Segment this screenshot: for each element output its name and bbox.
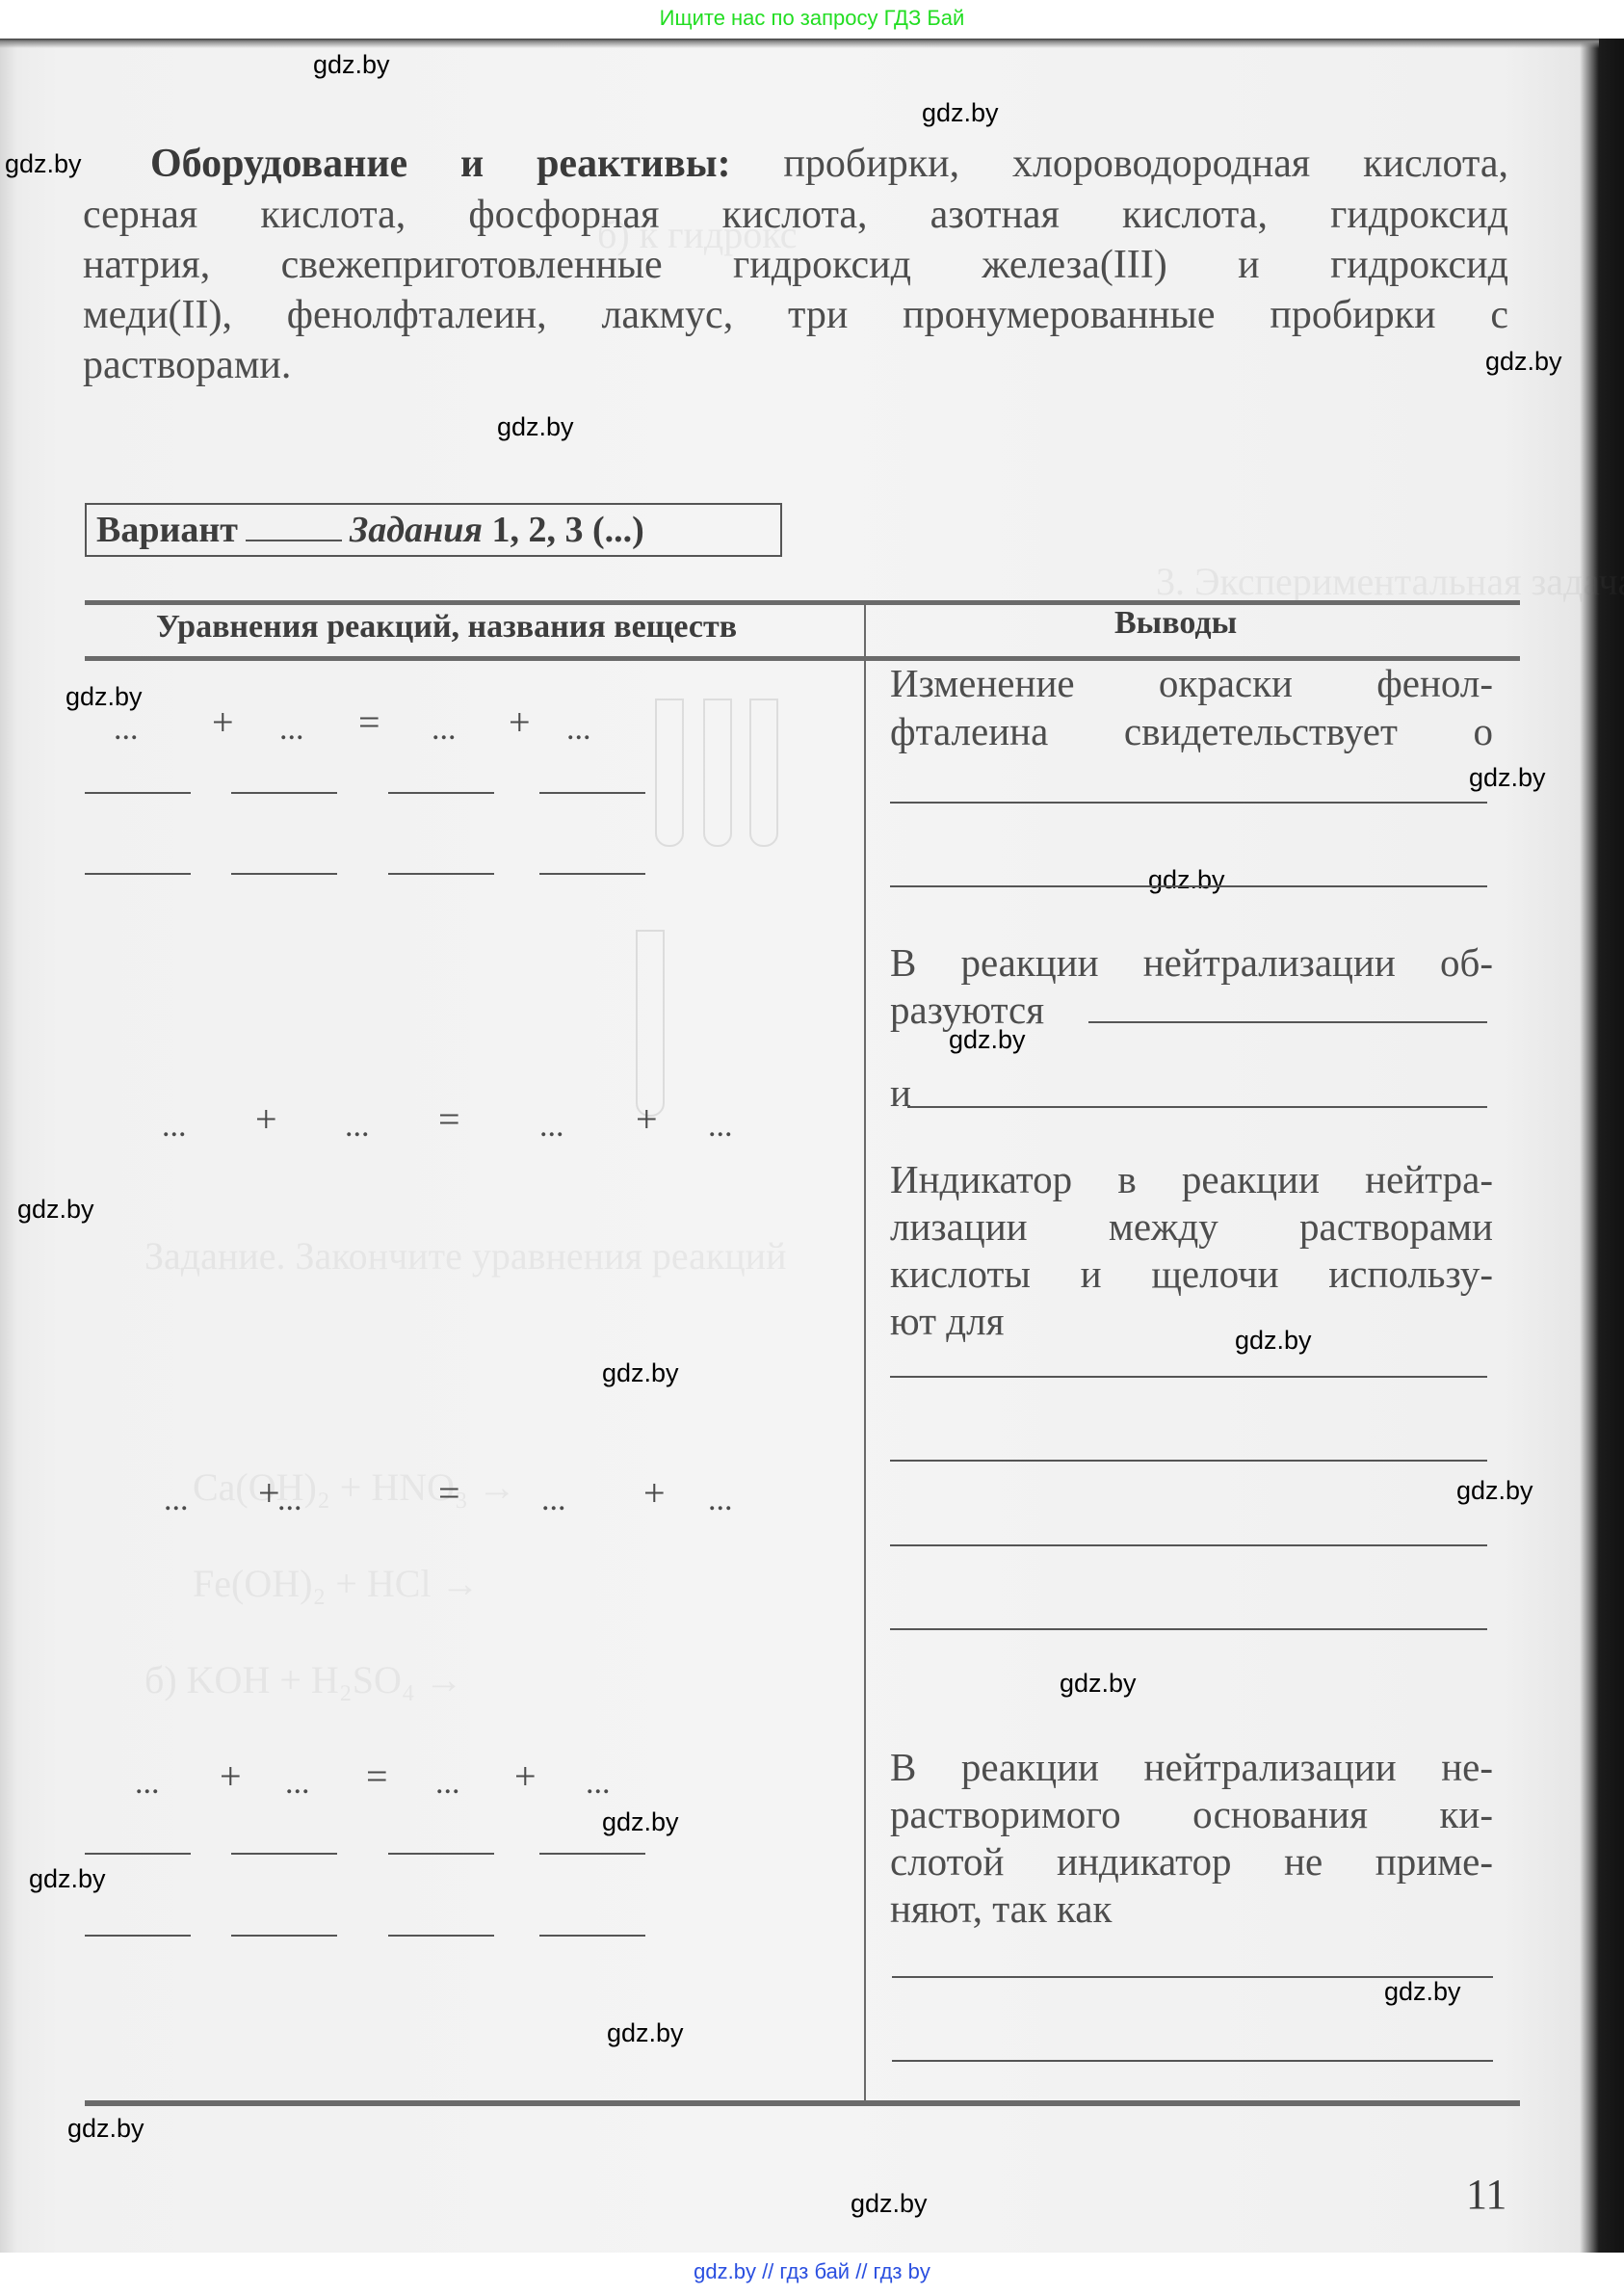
substance-name-blank[interactable]: [231, 792, 337, 794]
bleed-through-text: Задание. Закончите уравнения реакций: [144, 1233, 786, 1279]
plus-sign: +: [255, 1096, 277, 1142]
conclusion-4-line-4: няют, так как: [890, 1885, 1493, 1933]
substance-name-blank[interactable]: [85, 1935, 191, 1937]
product-1-placeholder[interactable]: ...: [435, 1765, 460, 1802]
plus-sign: +: [509, 699, 531, 745]
tasks-numbers: 1, 2, 3 (...): [491, 510, 643, 550]
variant-label: Вариант: [96, 510, 238, 550]
equipment-label: Оборудование и реактивы:: [150, 142, 731, 186]
reactant-2-placeholder[interactable]: ...: [345, 1108, 370, 1145]
substance-name-blank[interactable]: [85, 1853, 191, 1855]
substance-name-blank[interactable]: [388, 873, 494, 875]
conclusion-2-and: и: [890, 1069, 1493, 1117]
variant-box: ВариантЗадания 1, 2, 3 (...): [85, 503, 782, 557]
answer-line[interactable]: [890, 1376, 1487, 1378]
conclusion-4-line-1: В реакции нейтрализации не-: [890, 1744, 1493, 1791]
conclusion-4-line-3: слотой индикатор не приме-: [890, 1838, 1493, 1885]
top-banner: Ищите нас по запросу ГДЗ Бай: [0, 0, 1624, 39]
textbook-page: б) к гидрокс 3. Экспериментальная задача…: [0, 39, 1624, 2253]
watermark: gdz.by: [851, 2189, 928, 2219]
conclusion-3-line-4: ют для: [890, 1298, 1493, 1345]
watermark: gdz.by: [1060, 1669, 1137, 1699]
conclusion-3-line-3: кислоты и щелочи использу-: [890, 1251, 1493, 1298]
watermark: gdz.by: [497, 412, 574, 442]
equals-sign: =: [438, 1470, 460, 1516]
watermark: gdz.by: [65, 682, 143, 712]
watermark: gdz.by: [5, 149, 82, 179]
product-2-placeholder[interactable]: ...: [708, 1108, 733, 1145]
tasks-label: Задания: [350, 510, 483, 550]
watermark: gdz.by: [922, 98, 999, 128]
reactant-1-placeholder[interactable]: ...: [162, 1108, 187, 1145]
watermark: gdz.by: [17, 1195, 94, 1225]
answer-line[interactable]: [892, 2060, 1493, 2062]
product-1-placeholder[interactable]: ...: [541, 1482, 566, 1518]
equals-sign: =: [358, 699, 380, 745]
reactant-1-placeholder[interactable]: ...: [135, 1765, 160, 1802]
substance-name-blank[interactable]: [539, 792, 645, 794]
column-divider: [864, 600, 866, 2103]
watermark: gdz.by: [607, 2018, 684, 2048]
substance-name-blank[interactable]: [231, 873, 337, 875]
answer-line[interactable]: [890, 1544, 1487, 1546]
reactant-1-placeholder[interactable]: ...: [164, 1482, 189, 1518]
equipment-line-3: натрия, свежеприготовленные гидроксид же…: [83, 240, 1508, 290]
answer-line[interactable]: [890, 1628, 1487, 1630]
bottom-banner: gdz.by // гдз бай // гдз by: [0, 2253, 1624, 2294]
conclusion-4-line-2: растворимого основания ки-: [890, 1791, 1493, 1838]
watermark: gdz.by: [602, 1807, 679, 1837]
equipment-line-2: серная кислота, фосфорная кислота, азотн…: [83, 190, 1508, 240]
substance-name-blank[interactable]: [388, 1853, 494, 1855]
conclusion-1-line-2: фталеина свидетельствует о: [890, 708, 1493, 755]
plus-sign: +: [514, 1753, 537, 1799]
equipment-line-5: растворами.: [83, 340, 1508, 390]
substance-name-blank[interactable]: [539, 1935, 645, 1937]
page-edge-shadow: [0, 39, 1599, 48]
page-number: 11: [1466, 2170, 1506, 2219]
answer-line[interactable]: [892, 1976, 1493, 1978]
answer-line[interactable]: [890, 802, 1487, 804]
substance-name-blank[interactable]: [539, 873, 645, 875]
product-1-placeholder[interactable]: ...: [432, 711, 457, 748]
reactant-2-placeholder[interactable]: ...: [279, 711, 304, 748]
bleed-through-text: 3. Экспериментальная задача: [1156, 559, 1624, 604]
watermark: gdz.by: [29, 1864, 106, 1894]
plus-sign: +: [220, 1753, 242, 1799]
substance-name-blank[interactable]: [231, 1853, 337, 1855]
product-1-placeholder[interactable]: ...: [539, 1108, 564, 1145]
conclusion-2-line-2: разуются: [890, 987, 1493, 1034]
equals-sign: =: [438, 1096, 460, 1142]
reactant-2-placeholder[interactable]: ...: [285, 1765, 310, 1802]
product-2-placeholder[interactable]: ...: [586, 1765, 611, 1802]
conclusion-3-line-1: Индикатор в реакции нейтра-: [890, 1156, 1493, 1203]
substance-name-blank[interactable]: [388, 1935, 494, 1937]
column-header-equations: Уравнения реакций, названия веществ: [156, 609, 737, 646]
test-tube-illustration: [655, 699, 684, 847]
substance-name-blank[interactable]: [539, 1853, 645, 1855]
product-2-placeholder[interactable]: ...: [708, 1482, 733, 1518]
equipment-text: пробирки, хлороводородная кислота,: [783, 142, 1508, 186]
table-bottom-rule: [85, 2100, 1520, 2106]
plus-sign: +: [212, 699, 234, 745]
substance-name-blank[interactable]: [85, 873, 191, 875]
answer-line[interactable]: [907, 1106, 1487, 1108]
conclusion-3-line-2: лизации между растворами: [890, 1203, 1493, 1251]
test-tube-illustration: [636, 930, 665, 1117]
variant-blank[interactable]: [246, 511, 342, 541]
watermark: gdz.by: [602, 1358, 679, 1388]
plus-sign: +: [643, 1470, 666, 1516]
answer-line[interactable]: [890, 1460, 1487, 1462]
watermark: gdz.by: [1456, 1476, 1533, 1506]
watermark: gdz.by: [67, 2114, 144, 2144]
watermark: gdz.by: [1384, 1977, 1461, 2007]
equals-sign: =: [366, 1753, 388, 1799]
test-tube-illustration: [749, 699, 778, 847]
watermark: gdz.by: [313, 50, 390, 80]
equipment-line-4: меди(II), фенолфталеин, лакмус, три прон…: [83, 290, 1508, 340]
conclusion-1-line-1: Изменение окраски фенол-: [890, 660, 1493, 707]
conclusion-2-line-1: В реакции нейтрализации об-: [890, 939, 1493, 987]
substance-name-blank[interactable]: [388, 792, 494, 794]
watermark: gdz.by: [1148, 865, 1225, 895]
answer-line[interactable]: [1088, 1021, 1487, 1023]
table-top-rule: [85, 600, 1520, 605]
product-2-placeholder[interactable]: ...: [566, 711, 591, 748]
substance-name-blank[interactable]: [231, 1935, 337, 1937]
column-header-conclusions: Выводы: [1114, 605, 1237, 642]
substance-name-blank[interactable]: [85, 792, 191, 794]
equipment-line-1: Оборудование и реактивы: пробирки, хлоро…: [150, 139, 1508, 189]
watermark: gdz.by: [1469, 763, 1546, 793]
bleed-through-text: Fe(OH)₂ + HCl →: [193, 1561, 480, 1606]
bleed-through-text: Ca(OH)₂ + HNO₃ →: [193, 1464, 516, 1510]
reactant-1-placeholder[interactable]: ...: [114, 711, 139, 748]
plus-sign: +: [636, 1096, 658, 1142]
bleed-through-text: б) KOH + H₂SO₄ →: [144, 1657, 463, 1702]
answer-line[interactable]: [890, 885, 1487, 887]
test-tube-illustration: [703, 699, 732, 847]
reactant-2-placeholder[interactable]: ...: [277, 1482, 302, 1518]
